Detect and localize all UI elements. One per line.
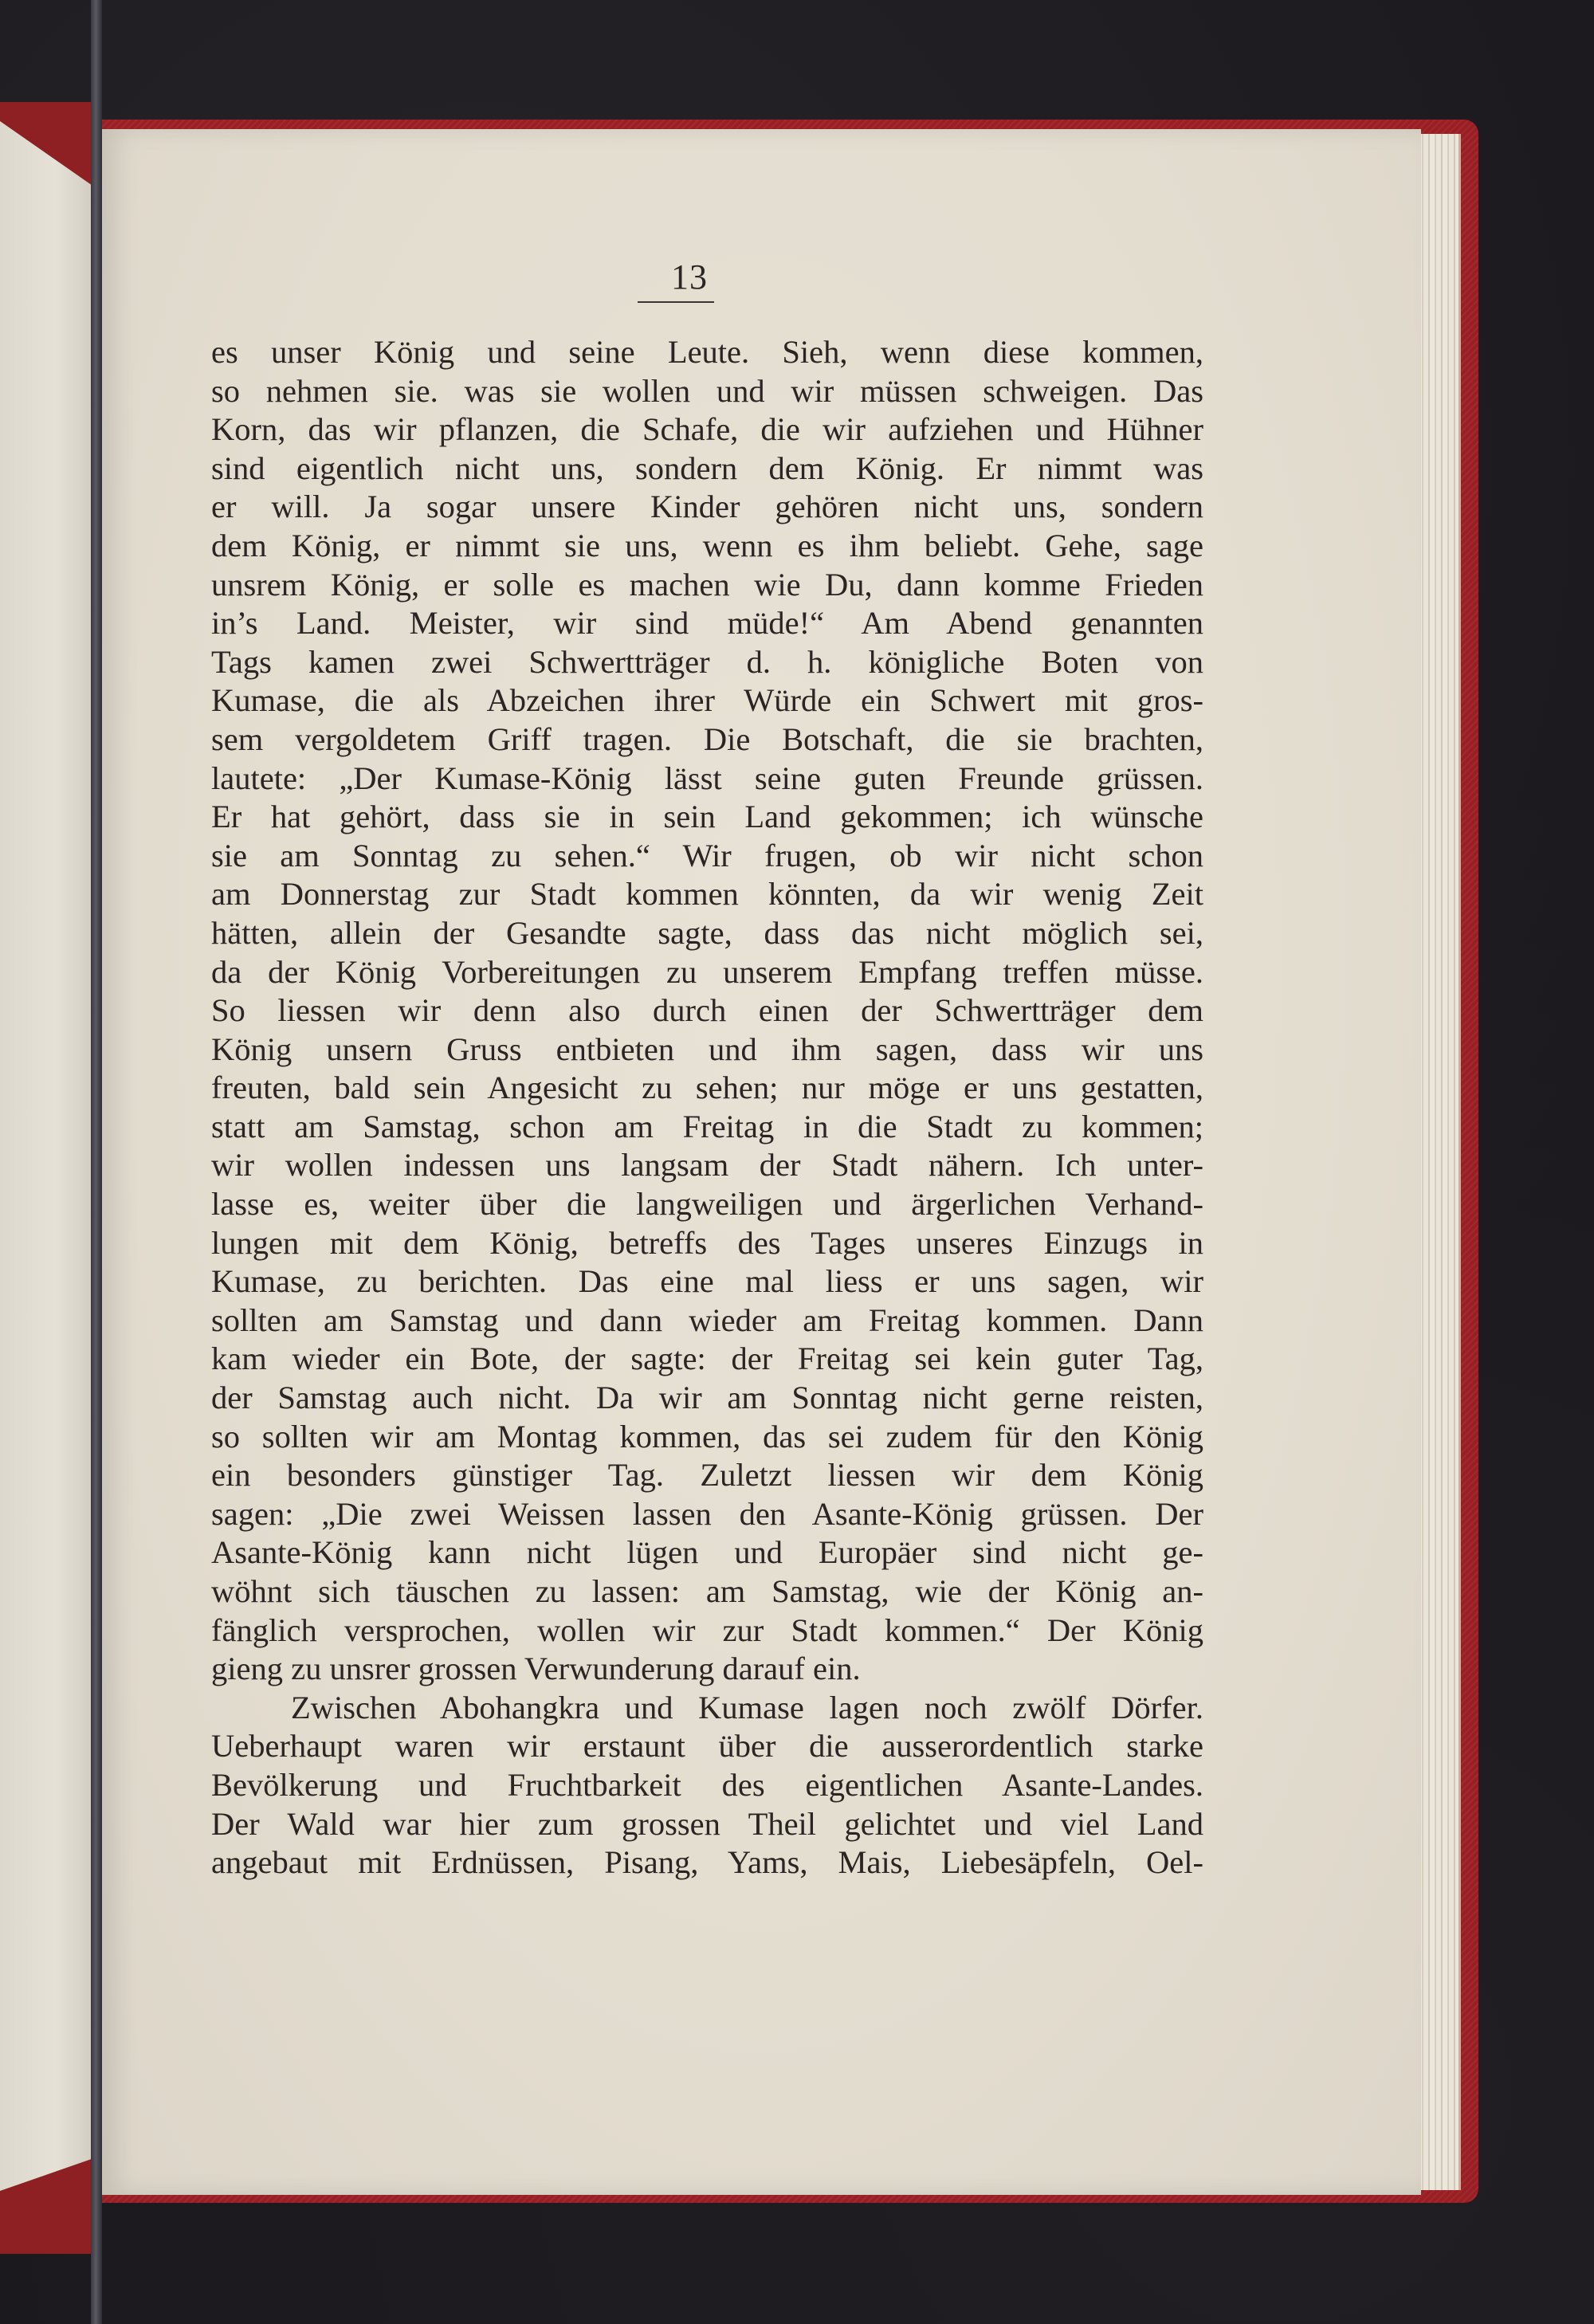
text-line: dem König, er nimmt sie uns, wenn es ihm…	[211, 527, 1203, 566]
text-line: lasse es, weiter über die langweiligen u…	[211, 1185, 1203, 1224]
text-line: in’s Land. Meister, wir sind müde!“ Am A…	[211, 604, 1203, 643]
text-line: Der Wald war hier zum grossen Theil geli…	[211, 1805, 1203, 1844]
text-line: Kumase, die als Abzeichen ihrer Würde ei…	[211, 681, 1203, 720]
page-number-rule	[638, 301, 714, 303]
binding-gutter	[91, 0, 102, 2324]
text-line: angebaut mit Erdnüssen, Pisang, Yams, Ma…	[211, 1843, 1203, 1882]
text-line: sind eigentlich nicht uns, sondern dem K…	[211, 449, 1203, 489]
text-line: am Donnerstag zur Stadt kommen könnten, …	[211, 875, 1203, 914]
text-line: wir wollen indessen uns langsam der Stad…	[211, 1146, 1203, 1185]
text-line: freuten, bald sein Angesicht zu sehen; n…	[211, 1069, 1203, 1108]
text-line: Bevölkerung und Fruchtbarkeit des eigent…	[211, 1766, 1203, 1805]
text-line: unsrem König, er solle es machen wie Du,…	[211, 566, 1203, 605]
text-line: ein besonders günstiger Tag. Zuletzt lie…	[211, 1456, 1203, 1495]
text-line: wöhnt sich täuschen zu lassen: am Samsta…	[211, 1572, 1203, 1611]
text-line: fänglich versprochen, wollen wir zur Sta…	[211, 1611, 1203, 1651]
text-line: König unsern Gruss entbieten und ihm sag…	[211, 1030, 1203, 1070]
body-text: es unser König und seine Leute. Sieh, we…	[211, 333, 1203, 1882]
text-line: So liessen wir denn also durch einen der…	[211, 991, 1203, 1030]
text-line: sem vergoldetem Griff tragen. Die Botsch…	[211, 720, 1203, 760]
paragraph-start-line: Zwischen Abohangkra und Kumase lagen noc…	[211, 1689, 1203, 1728]
page-number: 13	[630, 257, 749, 297]
text-line: Tags kamen zwei Schwertträger d. h. köni…	[211, 643, 1203, 682]
text-line: kam wieder ein Bote, der sagte: der Frei…	[211, 1340, 1203, 1379]
paragraph-end-line: gieng zu unsrer grossen Verwunderung dar…	[211, 1650, 1203, 1689]
text-line: der Samstag auch nicht. Da wir am Sonnta…	[211, 1379, 1203, 1418]
text-line: er will. Ja sogar unsere Kinder gehören …	[211, 488, 1203, 527]
text-line: sollten am Samstag und dann wieder am Fr…	[211, 1301, 1203, 1341]
text-line: da der König Vorbereitungen zu unserem E…	[211, 953, 1203, 992]
previous-page-sliver	[0, 121, 91, 2233]
text-line: so nehmen sie. was sie wollen und wir mü…	[211, 372, 1203, 411]
text-line: statt am Samstag, schon am Freitag in di…	[211, 1108, 1203, 1147]
text-line: so sollten wir am Montag kommen, das sei…	[211, 1418, 1203, 1457]
text-line: Er hat gehört, dass sie in sein Land gek…	[211, 798, 1203, 837]
text-line: lungen mit dem König, betreffs des Tages…	[211, 1224, 1203, 1263]
text-line: Kumase, zu berichten. Das eine mal liess…	[211, 1262, 1203, 1301]
text-line: Asante-König kann nicht lügen und Europä…	[211, 1533, 1203, 1572]
text-line: Ueberhaupt waren wir erstaunt über die a…	[211, 1727, 1203, 1766]
text-line: Korn, das wir pflanzen, die Schafe, die …	[211, 410, 1203, 449]
text-line: lautete: „Der Kumase-König lässt seine g…	[211, 760, 1203, 799]
text-line: sie am Sonntag zu sehen.“ Wir frugen, ob…	[211, 837, 1203, 876]
text-line: sagen: „Die zwei Weissen lassen den Asan…	[211, 1495, 1203, 1534]
text-line: hätten, allein der Gesandte sagte, dass …	[211, 914, 1203, 953]
text-line: es unser König und seine Leute. Sieh, we…	[211, 333, 1203, 372]
